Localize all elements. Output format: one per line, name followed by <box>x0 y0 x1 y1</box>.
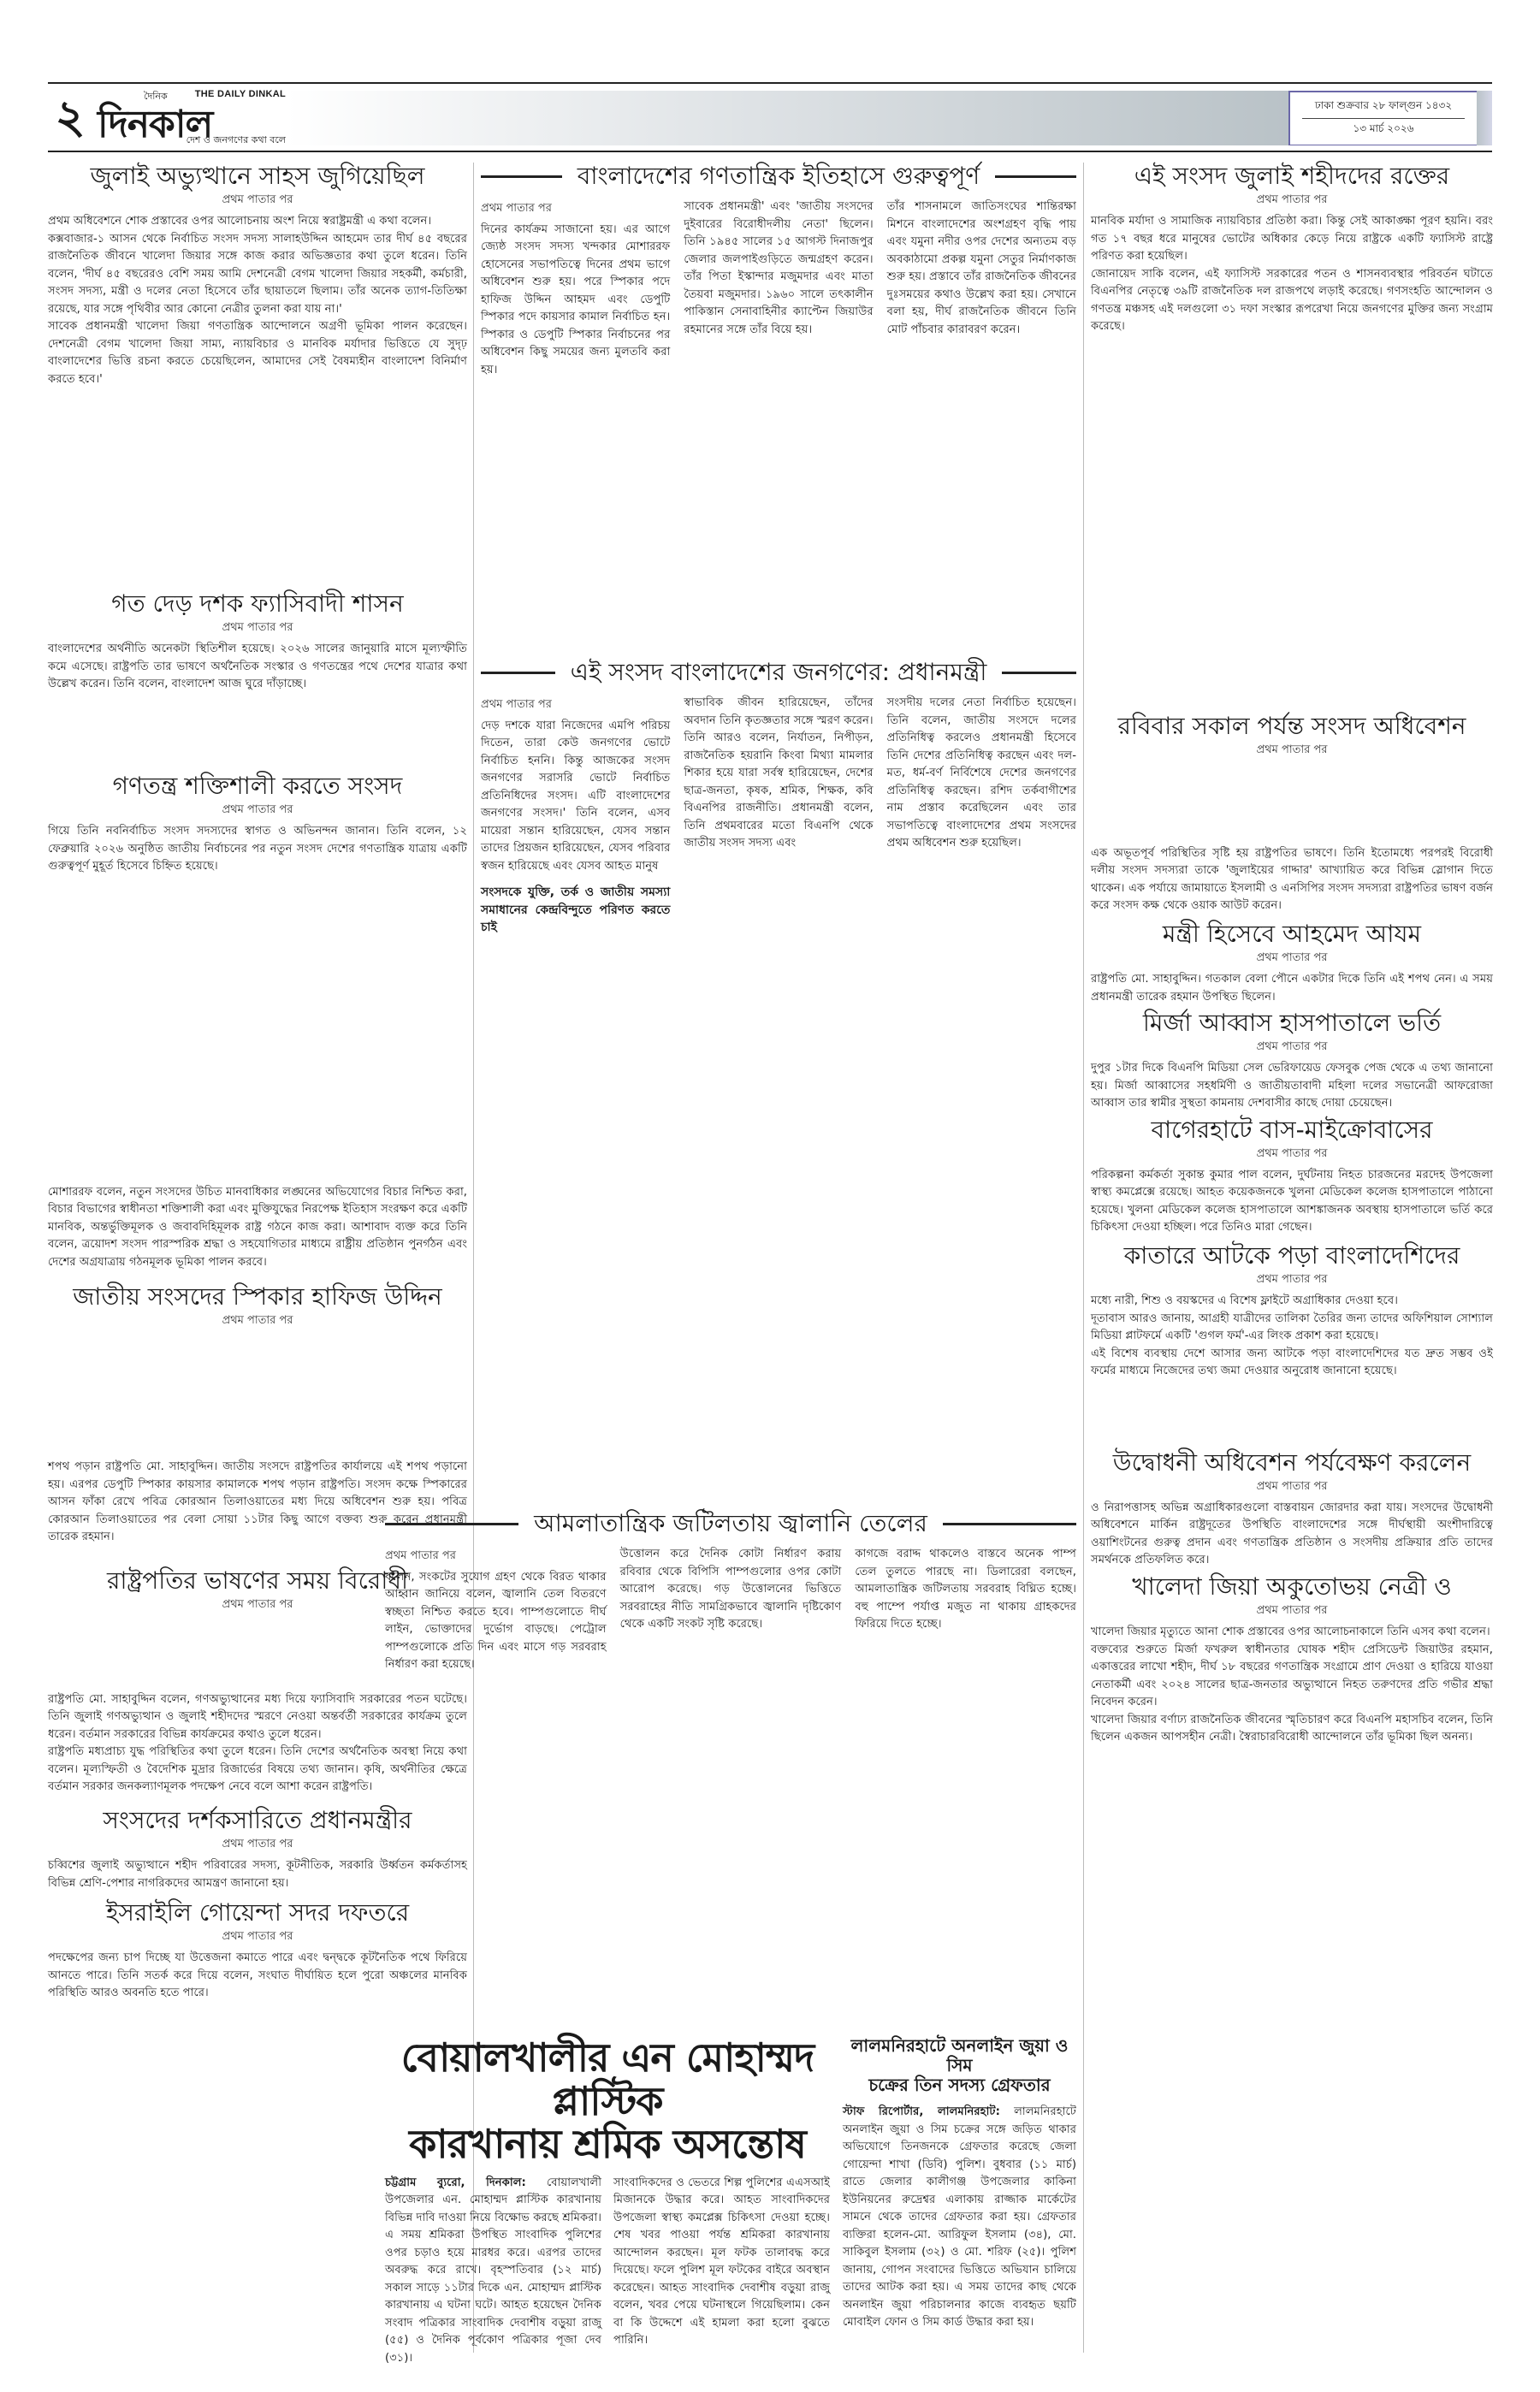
masthead-tail <box>1477 91 1492 145</box>
paragraph: পরিকল্পনা কর্মকর্তা সুকান্ত কুমার পাল বল… <box>1091 1167 1493 1237</box>
article-lalmonirhat-gambling: লালমনিরহাটে অনলাইন জুয়া ও সিম চক্রের তি… <box>843 2036 1076 2332</box>
date-box: ঢাকা শুক্রবার ২৮ ফাল্গুন ১৪৩২ ১৩ মার্চ ২… <box>1288 91 1477 145</box>
article-july-courage: জুলাই অভ্যুত্থানে সাহস জুগিয়েছিল প্রথম … <box>48 163 467 388</box>
paragraph: রাষ্ট্রপতি মো. সাহাবুদ্দিন। গতকাল বেলা প… <box>1091 971 1493 1006</box>
article-mirza-abbas: মির্জা আব্বাস হাসপাতালে ভর্তি প্রথম পাতা… <box>1091 1009 1493 1113</box>
paragraph: দূতাবাস আরও জানায়, আগ্রহী যাত্রীদের তাল… <box>1091 1311 1493 1346</box>
article-body: এক অভূতপূর্ব পরিস্থিতির সৃষ্টি হয় রাষ্ট… <box>1091 845 1493 915</box>
headline: এই সংসদ জুলাই শহীদদের রক্তের <box>1091 163 1493 190</box>
article-body: বাংলাদেশের অর্থনীতি অনেকটা স্থিতিশীল হয়… <box>48 641 467 694</box>
article-columns: চট্টগ্রাম ব্যুরো, দিনকাল: বোয়ালখালী উপজ… <box>385 2175 830 2368</box>
headline-line-1: বোয়ালখালীর এন মোহাম্মদ প্লাস্টিক <box>385 2036 830 2123</box>
continued-label: প্রথম পাতার পর <box>48 1836 467 1854</box>
text-column: উত্তোলন করে দৈনিক কোটা নির্ধারণ করায় রব… <box>620 1546 842 1674</box>
paragraph: বলেন, সংকটের সুযোগ গ্রহণ থেকে বিরত থাকার… <box>385 1569 607 1674</box>
article-fuel-oil: আমলাতান্ত্রিক জটিলতায় জ্বালানি তেলের প্… <box>385 1510 1076 1674</box>
paragraph: দেড় দশকে যারা নিজেদের এমপি পরিচয় দিতেন… <box>481 718 670 876</box>
paragraph: পদক্ষেপের জন্য চাপ দিচ্ছে যা উত্তেজনা কম… <box>48 1950 467 2003</box>
text-column: সাংবাদিকদের ও ভেতরে শিল্প পুলিশের এএসআই … <box>613 2175 830 2368</box>
article-columns: প্রথম পাতার পর বলেন, সংকটের সুযোগ গ্রহণ … <box>385 1546 1076 1674</box>
headline: কাতারে আটকে পড়া বাংলাদেশিদের <box>1091 1242 1493 1270</box>
masthead-gradient-band <box>286 91 1288 145</box>
continued-label: প্রথম পাতার পর <box>1091 1478 1493 1496</box>
text-column: তাঁর শাসনামলে জাতিসংঘের শান্তিরক্ষা মিশন… <box>887 198 1076 379</box>
text-column: প্রথম পাতার পর দিনের কার্যক্রম সাজানো হয… <box>481 198 670 379</box>
continued-label: প্রথম পাতার পর <box>1091 192 1493 210</box>
continued-label: প্রথম পাতার পর <box>1091 1271 1493 1289</box>
article-pm-parliament-people: এই সংসদ বাংলাদেশের জনগণের: প্রধানমন্ত্রী… <box>481 659 1076 937</box>
paragraph: বাংলাদেশের অর্থনীতি অনেকটা স্থিতিশীল হয়… <box>48 641 467 694</box>
headline-line-2: চক্রের তিন সদস্য গ্রেফতার <box>843 2075 1076 2095</box>
headline: উদ্বোধনী অধিবেশন পর্যবেক্ষণ করলেন <box>1091 1449 1493 1477</box>
article-body: মানবিক মর্যাদা ও সামাজিক ন্যায়বিচার প্র… <box>1091 213 1493 336</box>
paragraph: এক অভূতপূর্ব পরিস্থিতির সৃষ্টি হয় রাষ্ট… <box>1091 845 1493 915</box>
continued-label: প্রথম পাতার পর <box>48 619 467 637</box>
page-number: ২ <box>48 84 92 151</box>
headline-line-1: লালমনিরহাটে অনলাইন জুয়া ও সিম <box>843 2036 1076 2075</box>
article-democratic-history: বাংলাদেশের গণতান্ত্রিক ইতিহাসে গুরুত্বপূ… <box>481 163 1076 379</box>
paragraph: জোনায়েদ সাকি বলেন, এই ফ্যাসিস্ট সরকারের… <box>1091 266 1493 336</box>
paragraph: দুপুর ১টার দিকে বিএনপি মিডিয়া সেল ভেরিফ… <box>1091 1060 1493 1113</box>
headline: গত দেড় দশক ফ্যাসিবাদী শাসন <box>48 590 467 618</box>
headline: খালেদা জিয়া অকুতোভয় নেত্রী ও <box>1091 1573 1493 1601</box>
text-column: সাবেক প্রধানমন্ত্রী' এবং 'জাতীয় সংসদের … <box>684 198 873 379</box>
article-sunday-session: রবিবার সকাল পর্যন্ত সংসদ অধিবেশন প্রথম প… <box>1091 713 1493 915</box>
article-body: চব্বিশের জুলাই অভ্যুত্থানে শহীদ পরিবারের… <box>48 1857 467 1892</box>
masthead: ২ দৈনিক THE DAILY DINKAL দিনকাল দেশ ও জন… <box>48 82 1492 152</box>
headline: রবিবার সকাল পর্যন্ত সংসদ অধিবেশন <box>1091 713 1493 740</box>
continued-label: প্রথম পাতার পর <box>1091 742 1493 760</box>
pull-quote: সংসদকে যুক্তি, তর্ক ও জাতীয় সমস্যা সমাধ… <box>481 884 670 937</box>
article-opening-session-observed: উদ্বোধনী অধিবেশন পর্যবেক্ষণ করলেন প্রথম … <box>1091 1449 1493 1570</box>
article-fascist-rule: গত দেড় দশক ফ্যাসিবাদী শাসন প্রথম পাতার … <box>48 590 467 694</box>
article-body: স্টাফ রিপোর্টার, লালমনিরহাট: লালমনিরহাটে… <box>843 2104 1076 2332</box>
headline: আমলাতান্ত্রিক জটিলতায় জ্বালানি তেলের <box>385 1510 1076 1537</box>
date-gregorian: ১৩ মার্চ ২০২৬ <box>1353 119 1413 139</box>
continued-label: প্রথম পাতার পর <box>48 802 467 820</box>
headline: বাংলাদেশের গণতান্ত্রিক ইতিহাসে গুরুত্বপূ… <box>481 163 1076 190</box>
text-column: প্রথম পাতার পর দেড় দশকে যারা নিজেদের এম… <box>481 695 670 937</box>
continued-label: প্রথম পাতার পর <box>481 696 670 714</box>
paragraph: রাষ্ট্রপতি মধ্যপ্রাচ্য যুদ্ধ পরিস্থিতির … <box>48 1744 467 1797</box>
left-column: জুলাই অভ্যুত্থানে সাহস জুগিয়েছিল প্রথম … <box>48 163 467 2003</box>
paragraph: এই বিশেষ ব্যবস্থায় দেশে আসার জন্য আটকে … <box>1091 1346 1493 1381</box>
newspaper-logo: দৈনিক THE DAILY DINKAL দিনকাল দেশ ও জনগণ… <box>92 84 286 151</box>
article-israeli-hq: ইসরাইলি গোয়েন্দা সদর দফতরে প্রথম পাতার … <box>48 1899 467 2003</box>
logo-tagline: দেশ ও জনগণের কথা বলে <box>187 133 286 149</box>
continued-label: প্রথম পাতার পর <box>48 1928 467 1946</box>
column-divider <box>1083 163 1084 2353</box>
article-body: পরিকল্পনা কর্মকর্তা সুকান্ত কুমার পাল বল… <box>1091 1167 1493 1237</box>
article-qatar-stranded: কাতারে আটকে পড়া বাংলাদেশিদের প্রথম পাতা… <box>1091 1242 1493 1381</box>
text-column: প্রথম পাতার পর বলেন, সংকটের সুযোগ গ্রহণ … <box>385 1546 607 1674</box>
article-body: প্রথম অধিবেশনে শোক প্রস্তাবের ওপর আলোচনা… <box>48 213 467 388</box>
article-body: পদক্ষেপের জন্য চাপ দিচ্ছে যা উত্তেজনা কম… <box>48 1950 467 2003</box>
paragraph: রাষ্ট্রপতি মো. সাহাবুদ্দিন বলেন, গণঅভ্যু… <box>48 1691 467 1744</box>
date-bangla: ঢাকা শুক্রবার ২৮ ফাল্গুন ১৪৩২ <box>1302 98 1465 119</box>
continued-label: প্রথম পাতার পর <box>1091 1602 1493 1620</box>
headline: সংসদের দর্শকসারিতে প্রধানমন্ত্রীর <box>48 1807 467 1834</box>
continued-label: প্রথম পাতার পর <box>48 1312 467 1330</box>
paragraph: মধ্যে নারী, শিশু ও বয়স্কদের এ বিশেষ ফ্ল… <box>1091 1293 1493 1311</box>
continued-label: প্রথম পাতার পর <box>1091 950 1493 968</box>
column-divider <box>473 163 474 2353</box>
text-column: স্বাভাবিক জীবন হারিয়েছেন, তাঁদের অবদান … <box>684 695 873 937</box>
paragraph: কক্সবাজার-১ আসন থেকে নির্বাচিত সংসদ সদস্… <box>48 231 467 319</box>
paragraph: সাবেক প্রধানমন্ত্রী খালেদা জিয়া গণতান্ত… <box>48 318 467 388</box>
article-july-martyrs-blood: এই সংসদ জুলাই শহীদদের রক্তের প্রথম পাতার… <box>1091 163 1493 336</box>
paragraph: বক্তব্যের শুরুতে মির্জা ফখরুল স্বাধীনতার… <box>1091 1642 1493 1712</box>
article-body: গিয়ে তিনি নবনির্বাচিত সংসদ সদস্যদের স্ব… <box>48 823 467 1271</box>
paragraph: গিয়ে তিনি নবনির্বাচিত সংসদ সদস্যদের স্ব… <box>48 823 467 876</box>
article-bagerhat-bus: বাগেরহাটে বাস-মাইক্রোবাসের প্রথম পাতার প… <box>1091 1116 1493 1237</box>
paragraph: খালেদা জিয়ার মৃত্যুতে আনা শোক প্রস্তাবে… <box>1091 1624 1493 1642</box>
text-column: কাগজে বরাদ্দ থাকলেও বাস্তবে অনেক পাম্প ত… <box>855 1546 1076 1674</box>
headline: মন্ত্রী হিসেবে আহমেদ আযম <box>1091 921 1493 948</box>
continued-label: প্রথম পাতার পর <box>481 200 670 218</box>
article-khaleda-fearless: খালেদা জিয়া অকুতোভয় নেত্রী ও প্রথম পাত… <box>1091 1573 1493 1747</box>
headline: জাতীয় সংসদের স্পিকার হাফিজ উদ্দিন <box>48 1283 467 1311</box>
headline-text: আমলাতান্ত্রিক জটিলতায় জ্বালানি তেলের <box>534 1510 927 1537</box>
headline: বাগেরহাটে বাস-মাইক্রোবাসের <box>1091 1116 1493 1144</box>
paragraph: দিনের কার্যক্রম সাজানো হয়। এর আগে জ্যেষ… <box>481 222 670 380</box>
paragraph: প্রথম অধিবেশনে শোক প্রস্তাবের ওপর আলোচনা… <box>48 213 467 231</box>
byline: স্টাফ রিপোর্টার, লালমনিরহাট: <box>843 2105 1000 2118</box>
text-column: সংসদীয় দলের নেতা নির্বাচিত হয়েছেন। তিন… <box>887 695 1076 937</box>
article-columns: প্রথম পাতার পর দেড় দশকে যারা নিজেদের এম… <box>481 695 1076 937</box>
article-columns: প্রথম পাতার পর দিনের কার্যক্রম সাজানো হয… <box>481 198 1076 379</box>
article-boalkhali-factory: বোয়ালখালীর এন মোহাম্মদ প্লাস্টিক কারখান… <box>385 2036 830 2367</box>
headline-line-2: কারখানায় শ্রমিক অসন্তোষ <box>385 2123 830 2166</box>
right-column: এই সংসদ জুলাই শহীদদের রক্তের প্রথম পাতার… <box>1091 163 1493 1747</box>
article-democracy-parliament: গণতন্ত্র শক্তিশালী করতে সংসদ প্রথম পাতার… <box>48 773 467 1271</box>
logo-name: দিনকাল <box>98 96 212 158</box>
continued-label: প্রথম পাতার পর <box>385 1548 607 1566</box>
paragraph: বোয়ালখালী উপজেলার এন. মোহাম্মদ প্লাস্টি… <box>385 2176 601 2365</box>
headline: এই সংসদ বাংলাদেশের জনগণের: প্রধানমন্ত্রী <box>481 659 1076 686</box>
continued-label: প্রথম পাতার পর <box>48 192 467 210</box>
text-column: চট্টগ্রাম ব্যুরো, দিনকাল: বোয়ালখালী উপজ… <box>385 2175 601 2368</box>
article-speaker-hafiz: জাতীয় সংসদের স্পিকার হাফিজ উদ্দিন প্রথম… <box>48 1283 467 1547</box>
article-body: রাষ্ট্রপতি মো. সাহাবুদ্দিন। গতকাল বেলা প… <box>1091 971 1493 1006</box>
article-body: খালেদা জিয়ার মৃত্যুতে আনা শোক প্রস্তাবে… <box>1091 1624 1493 1747</box>
paragraph: মানবিক মর্যাদা ও সামাজিক ন্যায়বিচার প্র… <box>1091 213 1493 266</box>
article-body: ও নিরাপত্তাসহ অভিন্ন অগ্রাধিকারগুলো বাস্… <box>1091 1500 1493 1570</box>
headline: জুলাই অভ্যুত্থানে সাহস জুগিয়েছিল <box>48 163 467 190</box>
paragraph: খালেদা জিয়ার বর্ণাঢ্য রাজনৈতিক জীবনের স… <box>1091 1712 1493 1747</box>
headline: ইসরাইলি গোয়েন্দা সদর দফতরে <box>48 1899 467 1927</box>
paragraph: মোশাররফ বলেন, নতুন সংসদের উচিত মানবাধিকা… <box>48 1184 467 1272</box>
headline: গণতন্ত্র শক্তিশালী করতে সংসদ <box>48 773 467 800</box>
article-minister-azam: মন্ত্রী হিসেবে আহমেদ আযম প্রথম পাতার পর … <box>1091 921 1493 1006</box>
article-body: মধ্যে নারী, শিশু ও বয়স্কদের এ বিশেষ ফ্ল… <box>1091 1293 1493 1381</box>
paragraph: ও নিরাপত্তাসহ অভিন্ন অগ্রাধিকারগুলো বাস্… <box>1091 1500 1493 1570</box>
paragraph: চব্বিশের জুলাই অভ্যুত্থানে শহীদ পরিবারের… <box>48 1857 467 1892</box>
paragraph: লালমনিরহাটে অনলাইন জুয়া ও সিম চক্রের সঙ… <box>843 2105 1076 2329</box>
headline-text: বাংলাদেশের গণতান্ত্রিক ইতিহাসে গুরুত্বপূ… <box>577 163 980 190</box>
headline: মির্জা আব্বাস হাসপাতালে ভর্তি <box>1091 1009 1493 1037</box>
byline: চট্টগ্রাম ব্যুরো, দিনকাল: <box>385 2176 526 2189</box>
article-pm-observatory: সংসদের দর্শকসারিতে প্রধানমন্ত্রীর প্রথম … <box>48 1807 467 1892</box>
article-body: রাষ্ট্রপতি মো. সাহাবুদ্দিন বলেন, গণঅভ্যু… <box>48 1691 467 1797</box>
continued-label: প্রথম পাতার পর <box>1091 1039 1493 1057</box>
headline-text: এই সংসদ বাংলাদেশের জনগণের: প্রধানমন্ত্রী <box>571 659 987 686</box>
continued-label: প্রথম পাতার পর <box>1091 1146 1493 1163</box>
article-body: দুপুর ১টার দিকে বিএনপি মিডিয়া সেল ভেরিফ… <box>1091 1060 1493 1113</box>
